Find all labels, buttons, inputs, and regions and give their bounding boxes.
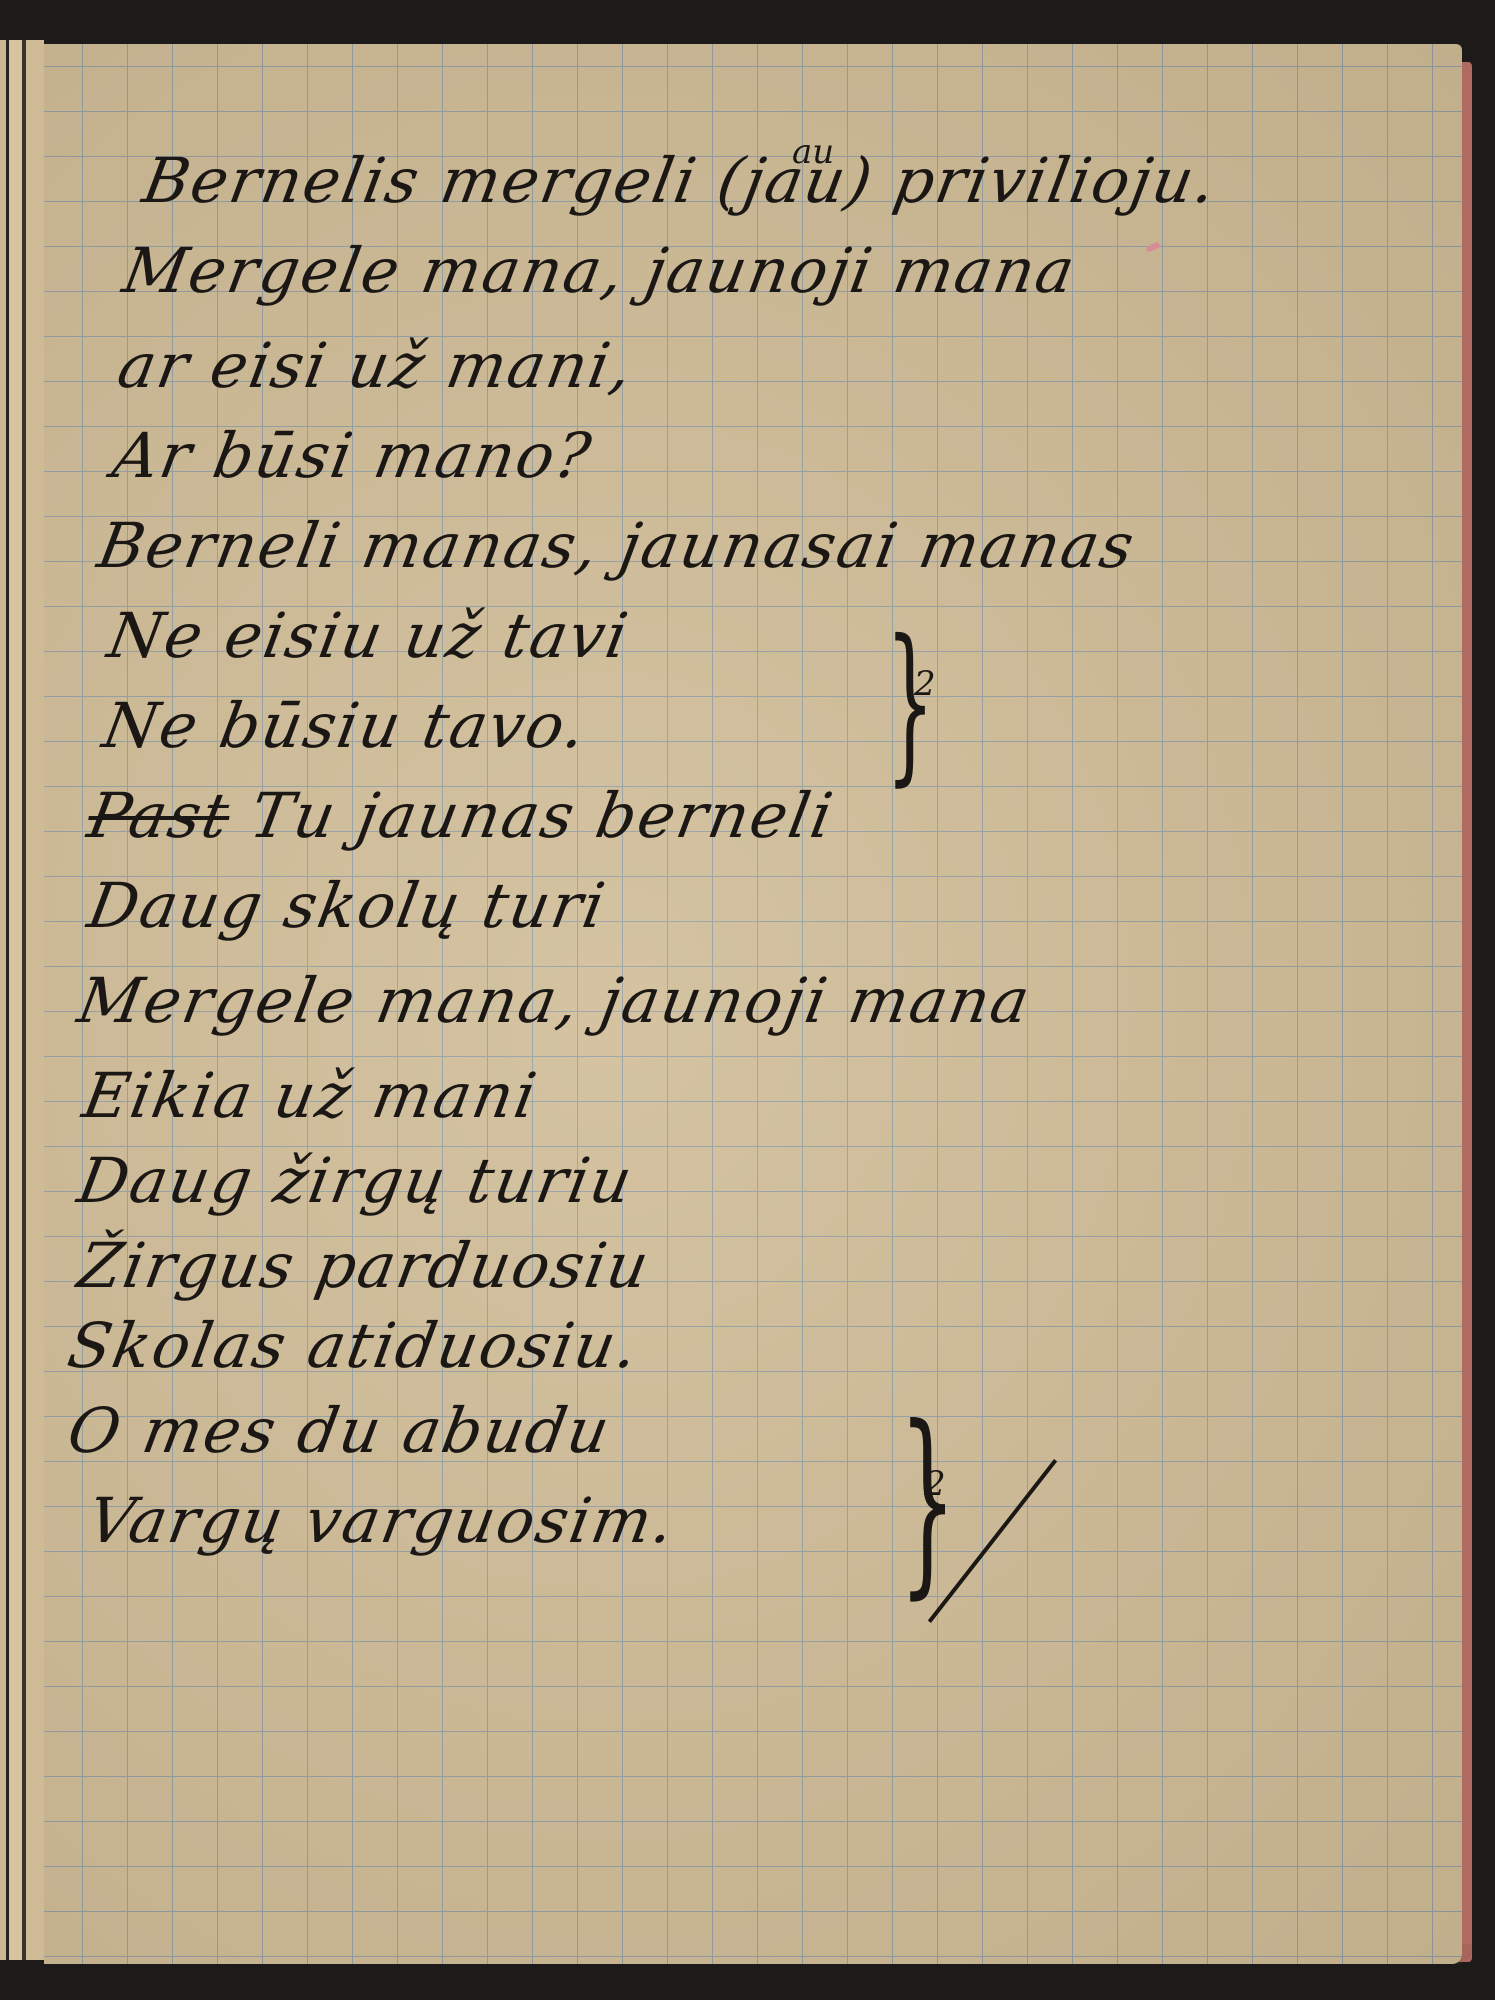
verse-line: Ar būsi mano? [108,419,598,492]
verse-line: Berneli manas, jaunasai manas [93,509,1141,582]
verse-line: Skolas atiduosiu. [63,1309,646,1382]
verse-line: Ne eisiu už tavi [103,599,635,672]
notebook-page: Bernelis mergeli (jau) privilioju. au Me… [44,44,1462,1964]
verse-line: Daug skolų turi [83,869,612,942]
title-correction: au [792,132,834,172]
verse-line-with-strike: Past Tu jaunas berneli [83,779,840,852]
verse-line: Ne būsiu tavo. [98,689,593,762]
manuscript: Bernelis mergeli (jau) privilioju. au Me… [44,44,1462,1964]
repeat-mark: 2 [914,664,936,704]
notebook-binding [0,40,44,1960]
verse-line: Daug žirgų turiu [73,1144,640,1217]
verse-line: Mergele mana, jaunoji mana [118,234,1082,307]
title-line: Bernelis mergeli (jau) privilioju. [138,144,1223,217]
title-text: Bernelis mergeli (jau) privilioju. [138,144,1223,217]
repeat-mark: 2 [924,1464,946,1504]
verse-line: ar eisi už mani, [113,329,640,402]
struck-word: Past [83,779,237,852]
page-edge-right [1462,62,1472,1962]
verse-line: O mes du abudu [63,1394,617,1467]
verse-line: Mergele mana, jaunoji mana [73,964,1037,1037]
verse-line: Žirgus parduosiu [73,1229,656,1302]
pink-ink-mark [1145,241,1160,252]
verse-text: Tu jaunas berneli [245,779,840,852]
verse-line: Vargų varguosim. [83,1484,682,1557]
verse-line: Eikia už mani [78,1059,544,1132]
